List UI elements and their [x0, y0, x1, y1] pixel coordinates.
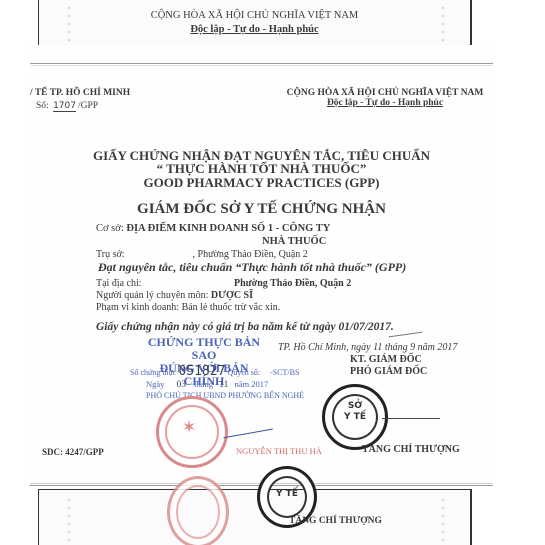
national-title: CỘNG HÒA XÃ HỘI CHỦ NGHĨA VIỆT NAM	[39, 10, 470, 21]
place-date: TP. Hồ Chí Minh, ngày 11 tháng 9 năm 201…	[278, 342, 457, 353]
star-emblem-icon: ✶	[177, 415, 201, 439]
ward-seal-stamp-fragment	[167, 476, 229, 545]
official-signature	[221, 415, 273, 438]
stamp-text: SỞ Y TẾ	[325, 401, 385, 423]
facility: Cơ sở: ĐỊA ĐIỂM KINH DOANH SỐ 1 - CÔNG T…	[96, 223, 330, 234]
top-edge	[30, 63, 493, 64]
official-title: PHÓ CHỦ TỊCH UBND PHƯỜNG BẾN NGHÉ	[146, 391, 304, 400]
national-header: CỘNG HÒA XÃ HỘI CHỦ NGHĨA VIỆT NAM Độc l…	[275, 88, 495, 108]
signer-name: TĂNG CHÍ THƯỢNG	[289, 516, 382, 526]
validity-statement: Giấy chứng nhận này có giá trị ba năm kể…	[96, 321, 394, 333]
certification-number: Số chứng thực 051827 Quyển số: -SCT/BS	[130, 364, 299, 379]
headquarters: Trụ sở:, Phường Thảo Điền, Quận 2	[96, 249, 308, 260]
document-number: Số: 1707/GPP	[36, 101, 98, 111]
address: Tại địa chỉ:	[96, 278, 142, 289]
signer-name: TĂNG CHÍ THƯỢNG	[362, 444, 460, 455]
certification-date: Ngày 03 tháng 11 năm 2017	[146, 379, 268, 390]
certifier-heading: GIÁM ĐỐC SỞ Y TẾ CHỨNG NHẬN	[30, 201, 493, 218]
sdc-number: SDC: 4247/GPP	[42, 447, 104, 457]
issuer: / TẾ TP. HỒ CHÍ MINH	[30, 88, 130, 98]
gpp-certificate: / TẾ TP. HỒ CHÍ MINH Số: 1707/GPP CỘNG H…	[30, 46, 493, 486]
motto: Độc lập - Tự do - Hạnh phúc	[39, 24, 470, 35]
previous-page-fragment: CỘNG HÒA XÃ HỘI CHỦ NGHĨA VIỆT NAM Độc l…	[38, 0, 472, 45]
manager: Người quản lý chuyên môn: DƯỢC SĨ	[96, 290, 253, 301]
official-name: NGUYỄN THỊ THU HÀ	[236, 446, 322, 456]
standard-statement: Đạt nguyên tắc, tiêu chuẩn “Thực hành tố…	[98, 260, 406, 275]
facility-name: NHÀ THUỐC	[262, 236, 326, 247]
ward-seal-stamp: ✶	[156, 396, 228, 468]
stamp-text: Y TẾ	[260, 489, 314, 499]
business-scope: Phạm vi kinh doanh: Bán lẻ thuốc trừ vắc…	[96, 302, 280, 313]
department-seal-stamp: SỞ Y TẾ	[322, 384, 388, 450]
title-line-3: GOOD PHARMACY PRACTICES (GPP)	[30, 175, 493, 191]
perforation-right	[441, 496, 445, 545]
address-value: Phường Thảo Điền, Quận 2	[234, 278, 351, 289]
perforation-left	[67, 496, 71, 545]
signer-title: KT. GIÁM ĐỐC PHÓ GIÁM ĐỐC	[350, 354, 427, 378]
director-signature	[382, 418, 440, 419]
next-page-fragment: Y TẾ TĂNG CHÍ THƯỢNG	[38, 489, 472, 545]
